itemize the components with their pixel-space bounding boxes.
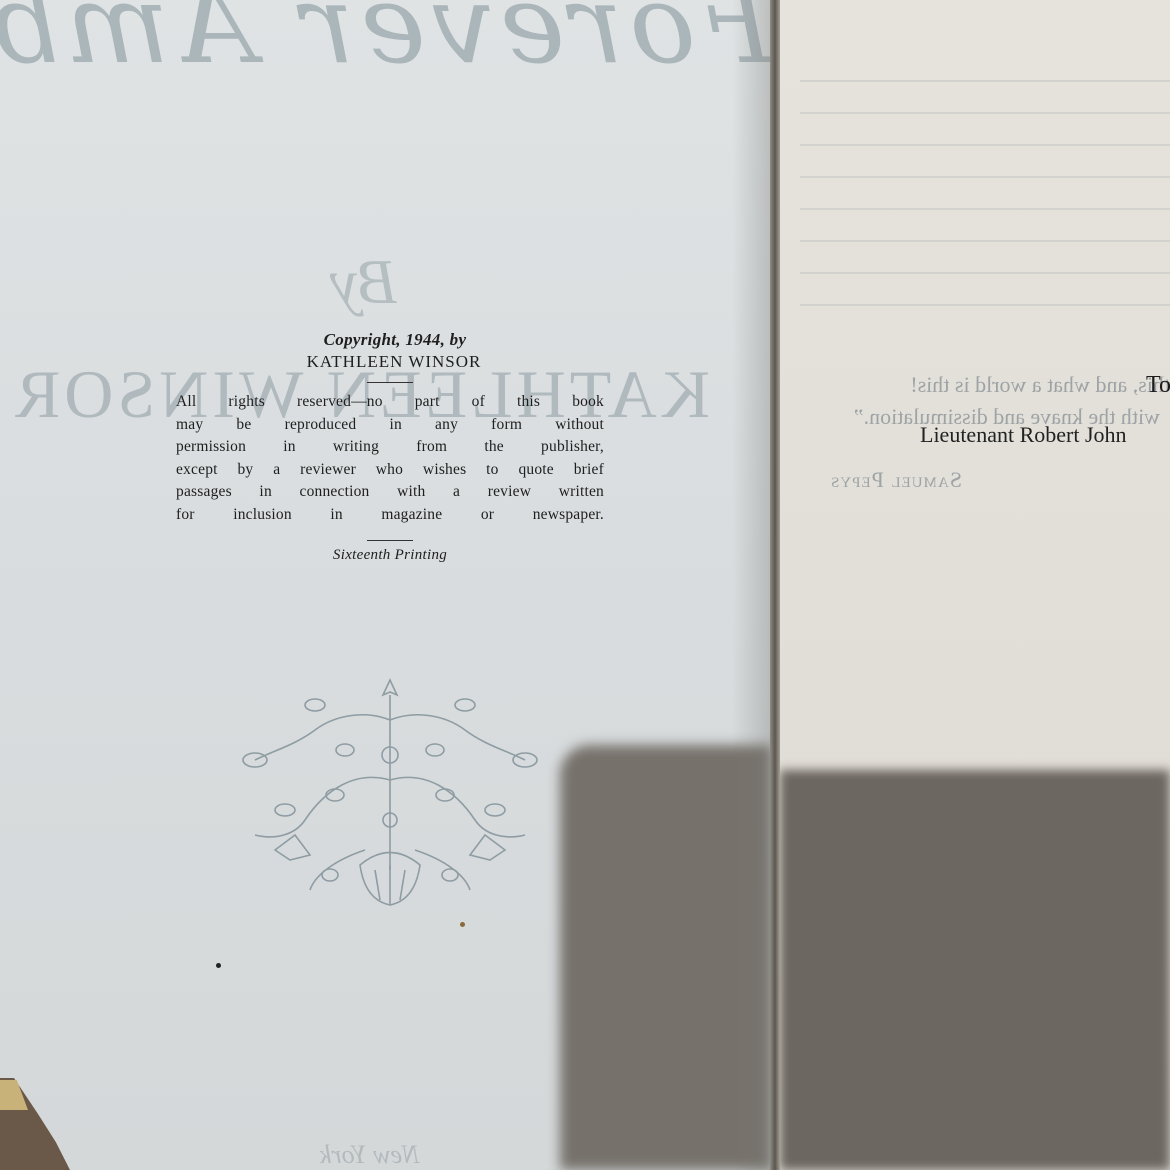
book-gutter [770, 0, 780, 1170]
divider [367, 382, 413, 383]
printing-edition: Sixteenth Printing [176, 547, 604, 564]
rights-line: may be reproduced in any form without [176, 414, 604, 437]
dedication-to: To [1146, 372, 1170, 399]
divider [367, 540, 413, 541]
hand-shadow [560, 745, 772, 1170]
dedication-name: Lieutenant Robert John [920, 422, 1127, 448]
show-through-place: New York [320, 1140, 419, 1170]
rights-line: passages in connection with a review wri… [176, 481, 604, 504]
show-through-text-lines [800, 80, 1170, 336]
rights-line: except by a reviewer who wishes to quote… [176, 459, 604, 482]
show-through-title: Forever Amber [0, 0, 772, 88]
floral-ornament-icon [215, 660, 565, 910]
copyright-line: Copyright, 1944, by [186, 330, 604, 350]
right-page: this, and what a world is this! with the… [780, 0, 1170, 1170]
rights-line: All rights reserved—no part of this book [176, 391, 604, 414]
paper-speck [216, 963, 221, 968]
show-through-by: By [330, 245, 398, 319]
copyright-author: KATHLEEN WINSOR [184, 352, 604, 372]
copyright-block: Copyright, 1944, by KATHLEEN WINSOR All … [176, 330, 604, 564]
hand-shadow [780, 770, 1170, 1170]
show-through-attribution: Samuel Pepys [830, 467, 962, 493]
paper-speck [460, 922, 465, 927]
left-page: Forever Amber By KATHLEEN WINSOR New Yor… [0, 0, 772, 1170]
rights-line: for inclusion in magazine or newspaper. [176, 504, 604, 527]
rights-notice: All rights reserved—no part of this book… [176, 391, 604, 526]
rights-line: permission in writing from the publisher… [176, 436, 604, 459]
show-through-epigraph-1: this, and what a world is this! [790, 372, 1170, 398]
